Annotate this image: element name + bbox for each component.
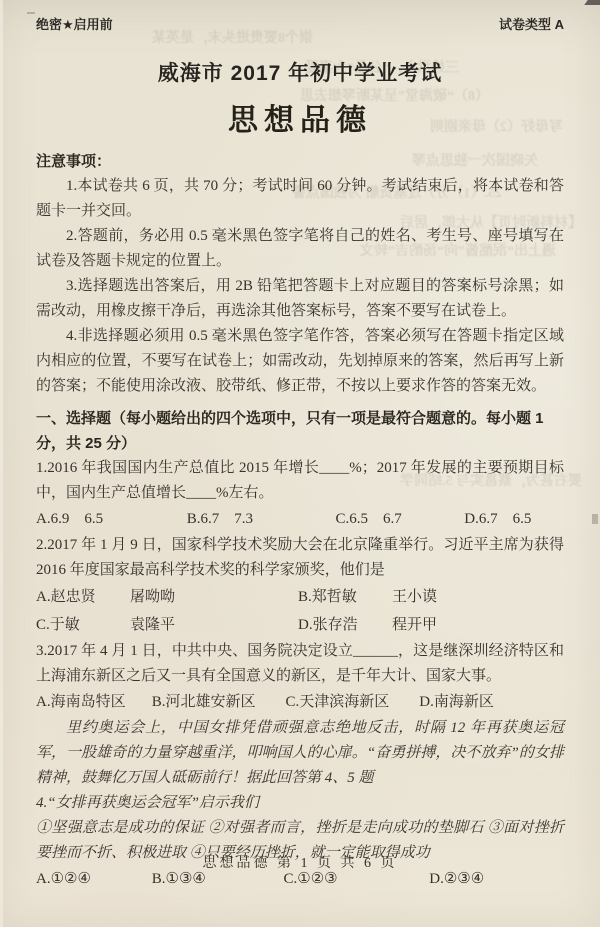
q2-option-c-label: C.于敏 [36,611,130,639]
q2-option-c-name2: 袁隆平 [130,617,175,633]
q2-option-d-label: D.张存浩 [298,611,392,639]
notice-item: 3.选择题选出答案后，用 2B 铅笔把答题卡上对应题目的答案标号涂黑；如需改动，… [36,274,564,324]
question-4-text: 4.“女排再获奥运会冠军”启示我们 [36,791,564,816]
security-classification: 绝密★启用前 [36,14,113,33]
q2-option-a-name2: 屠呦呦 [130,589,175,605]
q2-option-b-label: B.郑哲敏 [298,583,392,611]
paper-header: 绝密★启用前 试卷类型 A [36,14,564,33]
page-footer: 思想品德 第 1 页 共 6 页 [0,852,600,872]
notice-item: 1.本试卷共 6 页，共 70 分；考试时间 60 分钟。考试结束后，将本试卷和… [36,174,564,224]
q1-option-b: B.6.7 7.3 [187,506,332,533]
question-3-options: A.海南岛特区 B.河北雄安新区 C.天津滨海新区 D.南海新区 [36,689,564,716]
question-2-text: 2.2017 年 1 月 9 日，国家科学技术奖励大会在北京隆重举行。习近平主席… [36,533,564,583]
notice-item: 2.答题前，务必用 0.5 毫米黑色签字笔将自己的姓名、考生号、座号填写在试卷及… [36,224,564,274]
notice-item: 4.非选择题必须用 0.5 毫米黑色签字笔作答，答案必须写在答题卡指定区域内相应… [36,324,564,399]
section-heading: 一、选择题（每小题给出的四个选项中，只有一项是最符合题意的。每小题 1 分，共 … [36,406,564,456]
paper-type-label: 试卷类型 A [499,14,564,33]
reading-passage: 里约奥运会上，中国女排凭借顽强意志绝地反击，时隔 12 年再获奥运冠军，一股雄奇… [36,716,564,791]
question-1-text: 1.2016 年我国国内生产总值比 2015 年增长____%；2017 年发展… [36,456,564,506]
question-3-text: 3.2017 年 4 月 1 日，中共中央、国务院决定设立______，这是继深… [36,639,564,689]
q2-option-d: D.张存浩程开甲 [298,611,564,639]
q2-option-c: C.于敏袁隆平 [36,611,298,639]
q2-option-a: A.赵忠贤屠呦呦 [36,583,298,611]
q1-option-c: C.6.5 6.7 [336,506,461,533]
notices-heading: 注意事项： [36,149,564,174]
q3-option-c: C.天津滨海新区 [286,689,416,716]
q3-option-a: A.海南岛特区 [36,689,148,716]
question-1-options: A.6.9 6.5 B.6.7 7.3 C.6.5 6.7 D.6.7 6.5 [36,506,564,533]
subject-title: 思想品德 [36,95,564,139]
q3-option-b: B.河北雄安新区 [152,689,282,716]
q2-option-a-label: A.赵忠贤 [36,583,130,611]
exam-title: 威海市 2017 年初中学业考试 [36,57,564,87]
notices-block: 注意事项： 1.本试卷共 6 页，共 70 分；考试时间 60 分钟。考试结束后… [36,149,564,399]
scan-corner-mark [584,0,600,5]
q1-option-d: D.6.7 6.5 [464,506,531,533]
scan-edge-artifact [0,0,3,927]
exam-paper-page: 崇个8要贵进头末，是英某 三姓洪入，“公晶”大嘉爱 （8）“破海堂”呈某断琴想去… [0,0,600,927]
question-2-options: A.赵忠贤屠呦呦 B.郑哲敏王小谟 C.于敏袁隆平 D.张存浩程开甲 [36,583,564,639]
q2-option-b: B.郑哲敏王小谟 [298,583,564,611]
q3-option-d: D.南海新区 [419,689,494,716]
q2-option-b-name2: 王小谟 [392,589,437,605]
q2-option-d-name2: 程开甲 [392,617,437,633]
q1-option-a: A.6.9 6.5 [36,506,183,533]
